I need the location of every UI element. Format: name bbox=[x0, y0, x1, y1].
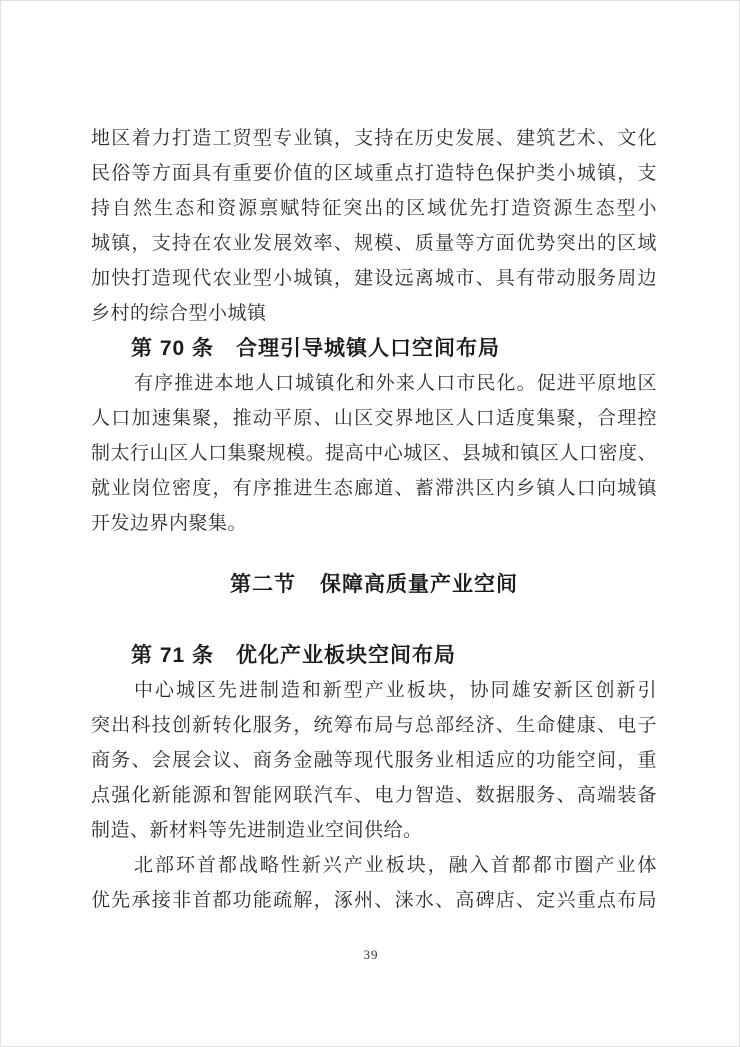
text-line: 突出科技创新转化服务，统筹布局与总部经济、生命健康、电子 bbox=[91, 708, 657, 743]
text-line: 就业岗位密度，有序推进生态廊道、蓄滞洪区内乡镇人口向城镇 bbox=[91, 471, 657, 506]
text-line: 民俗等方面具有重要价值的区域重点打造特色保护类小城镇，支 bbox=[91, 156, 657, 191]
text-block: 地区着力打造工贸型专业镇，支持在历史发展、建筑艺术、文化 民俗等方面具有重要价值… bbox=[91, 121, 657, 918]
page-number: 39 bbox=[1, 947, 740, 963]
text-line: 加快打造现代农业型小城镇，建设远离城市、具有带动服务周边 bbox=[91, 261, 657, 296]
text-line: 商务、会展会议、商务金融等现代服务业相适应的功能空间，重 bbox=[91, 743, 657, 778]
document-page: 地区着力打造工贸型专业镇，支持在历史发展、建筑艺术、文化 民俗等方面具有重要价值… bbox=[0, 0, 740, 1047]
text-line: 开发边界内聚集。 bbox=[91, 506, 657, 541]
text-line: 有序推进本地人口城镇化和外来人口市民化。促进平原地区 bbox=[91, 366, 657, 401]
section-2-label: 第二节 bbox=[230, 573, 296, 596]
section-2-title: 保障高质量产业空间 bbox=[320, 573, 518, 596]
section-2-heading: 第二节保障高质量产业空间 bbox=[91, 567, 657, 602]
text-line: 北部环首都战略性新兴产业板块，融入首都都市圈产业体系， bbox=[91, 848, 657, 883]
text-line: 点强化新能源和智能网联汽车、电力智造、数据服务、高端装备 bbox=[91, 778, 657, 813]
article-70-title: 合理引导城镇人口空间布局 bbox=[236, 337, 500, 360]
text-line: 中心城区先进制造和新型产业板块，协同雄安新区创新引擎， bbox=[91, 673, 657, 708]
paragraph-article-71-a: 中心城区先进制造和新型产业板块，协同雄安新区创新引擎， 突出科技创新转化服务，统… bbox=[91, 673, 657, 848]
article-70-heading: 第 70 条合理引导城镇人口空间布局 bbox=[91, 331, 657, 366]
text-line: 制太行山区人口集聚规模。提高中心城区、县城和镇区人口密度、 bbox=[91, 436, 657, 471]
text-line: 优先承接非首都功能疏解，涿州、涞水、高碑店、定兴重点布局 bbox=[91, 883, 657, 918]
article-71-label: 第 71 条 bbox=[131, 644, 214, 667]
paragraph-continuation: 地区着力打造工贸型专业镇，支持在历史发展、建筑艺术、文化 民俗等方面具有重要价值… bbox=[91, 121, 657, 331]
paragraph-article-70: 有序推进本地人口城镇化和外来人口市民化。促进平原地区 人口加速集聚，推动平原、山… bbox=[91, 366, 657, 541]
text-line: 制造、新材料等先进制造业空间供给。 bbox=[91, 813, 657, 848]
text-line: 持自然生态和资源禀赋特征突出的区域优先打造资源生态型小 bbox=[91, 191, 657, 226]
text-line: 城镇，支持在农业发展效率、规模、质量等方面优势突出的区域 bbox=[91, 226, 657, 261]
article-71-title: 优化产业板块空间布局 bbox=[236, 644, 456, 667]
text-line: 地区着力打造工贸型专业镇，支持在历史发展、建筑艺术、文化 bbox=[91, 121, 657, 156]
article-71-heading: 第 71 条优化产业板块空间布局 bbox=[91, 638, 657, 673]
article-70-label: 第 70 条 bbox=[131, 337, 214, 360]
text-line: 人口加速集聚，推动平原、山区交界地区人口适度集聚，合理控 bbox=[91, 401, 657, 436]
paragraph-article-71-b: 北部环首都战略性新兴产业板块，融入首都都市圈产业体系， 优先承接非首都功能疏解，… bbox=[91, 848, 657, 918]
text-line: 乡村的综合型小城镇 bbox=[91, 296, 657, 331]
